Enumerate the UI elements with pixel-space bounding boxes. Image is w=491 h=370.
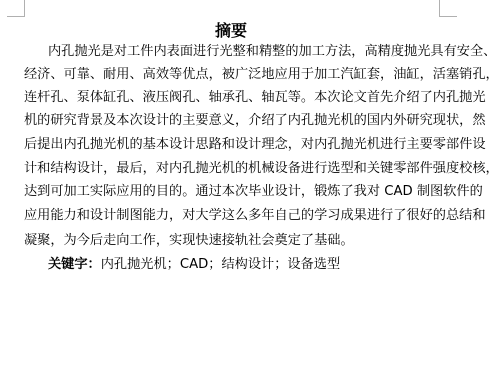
paragraph-line: 连杆孔、泵体缸孔、液压阀孔、轴承孔、轴瓦等。本次论文首先介绍了内孔抛光 — [24, 88, 440, 108]
paragraph-line: 经济、可靠、耐用、高效等优点，被广泛地应用于加工汽缸套，油缸，活塞销孔， — [24, 65, 440, 85]
crop-mark-top-right-vertical — [439, 0, 440, 16]
abstract-title: 摘要 — [0, 20, 462, 42]
crop-mark-top-left-horizontal — [7, 16, 25, 17]
keywords-line: 关键字：内孔抛光机；CAD；结构设计；设备选型 — [48, 255, 340, 275]
paragraph-line: 机的研究背景及本次设计的主要意义，介绍了内孔抛光机的国内外研究现状，然 — [24, 111, 440, 131]
paragraph-line: 计和结构设计，最后，对内孔抛光机的机械设备进行选型和关键零部件强度校核， — [24, 159, 440, 179]
paragraph-line: 应用能力和设计制图能力，对大学这么多年自己的学习成果进行了很好的总结和 — [24, 206, 440, 226]
paragraph-line: 凝聚，为今后走向工作，实现快速接轨社会奠定了基础。 — [24, 231, 440, 251]
paragraph-line: 达到可加工实际应用的目的。通过本次毕业设计，锻炼了我对 CAD 制图软件的 — [24, 182, 440, 202]
paragraph-line: 后提出内孔抛光机的基本设计思路和设计理念，对内孔抛光机进行主要零部件设 — [24, 135, 440, 155]
keywords-value: 内孔抛光机；CAD；结构设计；设备选型 — [101, 257, 340, 272]
keywords-label: 关键字： — [48, 257, 101, 272]
crop-mark-top-right-horizontal — [439, 16, 457, 17]
crop-mark-top-left-vertical — [24, 0, 25, 16]
paragraph-line: 内孔抛光是对工件内表面进行光整和精整的加工方法，高精度抛光具有安全、 — [48, 42, 440, 62]
